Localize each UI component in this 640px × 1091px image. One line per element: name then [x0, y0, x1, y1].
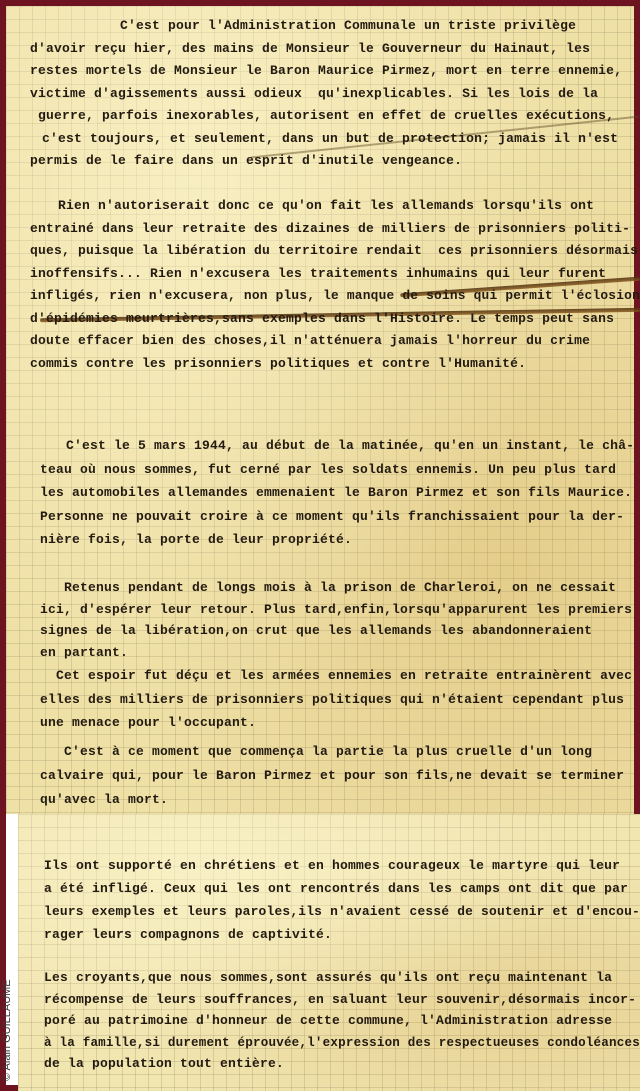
copyright-watermark: © Alain GUILLAUME [0, 941, 14, 1085]
text-line: inoffensifs... Rien n'excusera les trait… [30, 266, 606, 282]
text-line: en partant. [40, 645, 128, 661]
text-line: à la famille,si durement éprouvée,l'expr… [44, 1035, 640, 1051]
text-line: C'est à ce moment que commença la partie… [64, 744, 592, 760]
text-line: Retenus pendant de longs mois à la priso… [64, 580, 616, 596]
text-line: commis contre les prisonniers politiques… [30, 356, 526, 372]
text-line: d'avoir reçu hier, des mains de Monsieur… [30, 41, 590, 57]
text-line: restes mortels de Monsieur le Baron Maur… [30, 63, 622, 79]
text-line: Rien n'autoriserait donc ce qu'on fait l… [58, 198, 594, 214]
text-line: elles des milliers de prisonniers politi… [40, 692, 624, 708]
text-line: teau où nous sommes, fut cerné par les s… [40, 462, 616, 478]
text-line: entrainé dans leur retraite des dizaines… [30, 221, 630, 237]
text-line: leurs exemples et leurs paroles,ils n'av… [44, 904, 640, 920]
text-line: qu'avec la mort. [40, 792, 168, 808]
text-line: les automobiles allemandes emmenaient le… [40, 485, 632, 501]
text-line: Les croyants,que nous sommes,sont assuré… [44, 970, 612, 986]
text-line: calvaire qui, pour le Baron Pirmez et po… [40, 768, 624, 784]
text-line: permis de le faire dans un esprit d'inut… [30, 153, 462, 169]
text-line: d'épidémies meurtrières,sans exemples da… [30, 311, 614, 327]
text-line: nière fois, la porte de leur propriété. [40, 532, 352, 548]
text-line: poré au patrimoine d'honneur de cette co… [44, 1013, 612, 1029]
text-line: Cet espoir fut déçu et les armées ennemi… [56, 668, 632, 684]
text-line: de la population tout entière. [44, 1056, 284, 1072]
text-line: infligés, rien n'excusera, non plus, le … [30, 288, 640, 304]
text-line: a été infligé. Ceux qui les ont rencontr… [44, 881, 628, 897]
text-line: une menace pour l'occupant. [40, 715, 256, 731]
text-line: récompense de leurs souffrances, en salu… [44, 992, 636, 1008]
text-line: C'est le 5 mars 1944, au début de la mat… [66, 438, 634, 454]
text-line: C'est pour l'Administration Communale un… [120, 18, 576, 34]
text-line: ques, puisque la libération du territoir… [30, 243, 638, 259]
text-line: signes de la libération,on crut que les … [40, 623, 592, 639]
text-line: c'est toujours, et seulement, dans un bu… [42, 131, 618, 147]
text-line: ici, d'espérer leur retour. Plus tard,en… [40, 602, 632, 618]
text-line: rager leurs compagnons de captivité. [44, 927, 332, 943]
text-line: guerre, parfois inexorables, autorisent … [38, 108, 614, 124]
text-line: victime d'agissements aussi odieux qu'in… [30, 86, 598, 102]
text-line: doute effacer bien des choses,il n'attén… [30, 333, 590, 349]
text-line: Ils ont supporté en chrétiens et en homm… [44, 858, 620, 874]
text-line: Personne ne pouvait croire à ce moment q… [40, 509, 624, 525]
